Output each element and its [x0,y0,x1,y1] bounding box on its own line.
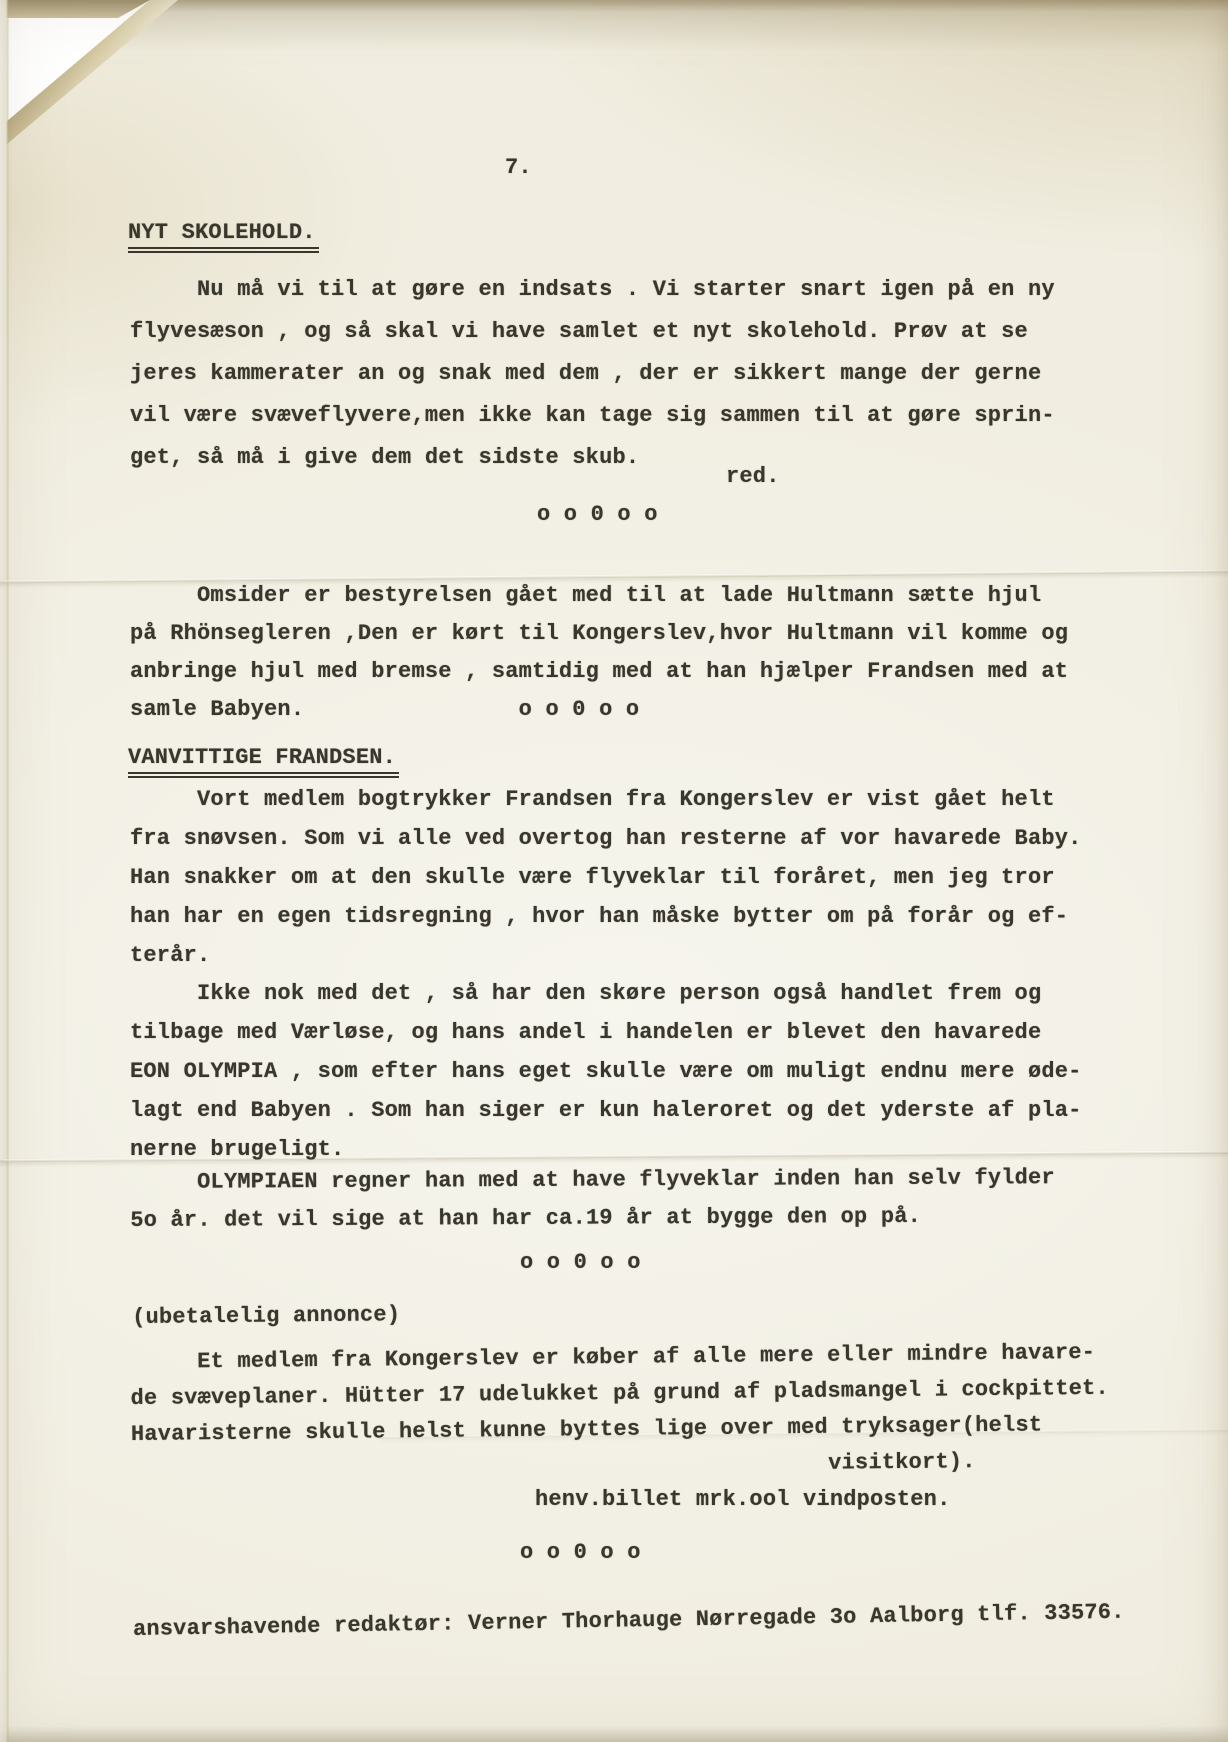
editor-signature: red. [726,464,780,489]
paper-left-edge [0,0,9,1742]
heading-text: VANVITTIGE FRANDSEN. [128,745,399,778]
paragraph-skolehold: Nu må vi til at gøre en indsats . Vi sta… [130,269,1055,479]
page-number: 7. [505,155,532,180]
paragraph-frandsen-1: Vort medlem bogtrykker Frandsen fra Kong… [130,780,1082,975]
paragraph-frandsen-3: OLYMPIAEN regner han med at have flyvekl… [130,1159,1055,1240]
paragraph-frandsen-2: Ikke nok med det , så har den skøre pers… [130,974,1082,1169]
annonce-label: (ubetalelig annonce) [132,1302,400,1330]
folded-corner [0,0,150,127]
section-separator: o o 0 o o [520,1250,641,1275]
annonce-contact-line: henv.billet mrk.ool vindposten. [535,1487,950,1512]
section-heading-vanvittige-frandsen: VANVITTIGE FRANDSEN. [128,745,399,778]
section-separator: o o 0 o o [537,502,658,527]
scanned-page: 7. NYT SKOLEHOLD. Nu må vi til at gøre e… [0,0,1228,1742]
heading-text: NYT SKOLEHOLD. [128,220,319,253]
editor-footer-line: ansvarshavende redaktør: Verner Thorhaug… [133,1600,1125,1642]
section-separator: o o 0 o o [520,1540,641,1565]
section-heading-nyt-skolehold: NYT SKOLEHOLD. [128,220,319,253]
paragraph-annonce: Et medlem fra Kongerslev er køber af all… [130,1335,1110,1489]
paragraph-hjul: Omsider er bestyrelsen gået med til at l… [130,577,1068,729]
